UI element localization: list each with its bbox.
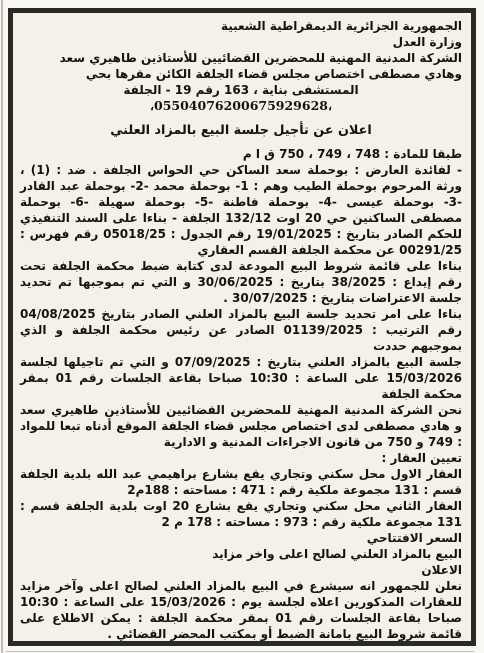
paragraph-parties-and-writ: - لفائدة العارض : بوحملة سعد الساكن حي ا… [20, 162, 462, 258]
bailiff-office-line2: وهادي مصطفى اختصاص مجلس قضاء الجلفة الكا… [20, 66, 462, 82]
office-phone-numbers: ،05504076200675929628، [20, 98, 462, 114]
document-frame: الجمهورية الجزائرية الديمقراطية الشعبية … [8, 8, 476, 646]
notice-title: اعلان عن تأجيل جلسة البيع بالمزاد العلني [20, 123, 462, 139]
paragraph-conditions-list: بناءا على قائمة شروط البيع المودعة لدى ك… [20, 258, 462, 306]
paragraph-session-postponement: جلسة البيع بالمزاد العلني بتاريخ : 07/09… [20, 354, 462, 402]
notice-body: طبقا للمادة : 748 ، 749 ، 750 ق ا م - لف… [20, 146, 462, 642]
label-announcement: الاعلان [20, 562, 462, 578]
scanned-notice-page: الجمهورية الجزائرية الديمقراطية الشعبية … [0, 0, 484, 653]
document-header: الجمهورية الجزائرية الديمقراطية الشعبية … [20, 18, 462, 114]
paragraph-property-one: العقار الاول محل سكني وتجاري يقع بشارع ب… [20, 466, 462, 498]
paragraph-legal-articles: طبقا للمادة : 748 ، 749 ، 750 ق ا م [20, 146, 462, 162]
paragraph-bailiff-declaration: نحن الشركة المدنية المهنية للمحضرين القض… [20, 402, 462, 450]
paragraph-public-announcement: نعلن للجمهور انه سيشرع في البيع بالمزاد … [20, 578, 462, 642]
republic-title: الجمهورية الجزائرية الديمقراطية الشعبية [20, 18, 462, 34]
label-opening-price: السعر الافتتاحي [20, 530, 462, 546]
bailiff-office-line1: الشركة المدنية المهنية للمحضرين القضائيي… [20, 50, 462, 66]
office-address: المستشفى بناية ، 163 رقم 19 - الجلفة [20, 82, 462, 98]
label-property-designation: تعيين العقار : [20, 450, 462, 466]
scan-edge-artifact-bottom [6, 651, 474, 652]
ministry-title: وزارة العدل [20, 34, 462, 50]
paragraph-highest-bidder: البيع بالمزاد العلني لصالح اعلى واخر مزا… [20, 546, 462, 562]
scan-edge-artifact-left [1, 0, 3, 653]
paragraph-auction-order: بناءا على امر تحديد جلسة البيع بالمزاد ا… [20, 306, 462, 354]
paragraph-property-two: العقار الثاني محل سكني وتجاري يقع بشارع … [20, 498, 462, 530]
